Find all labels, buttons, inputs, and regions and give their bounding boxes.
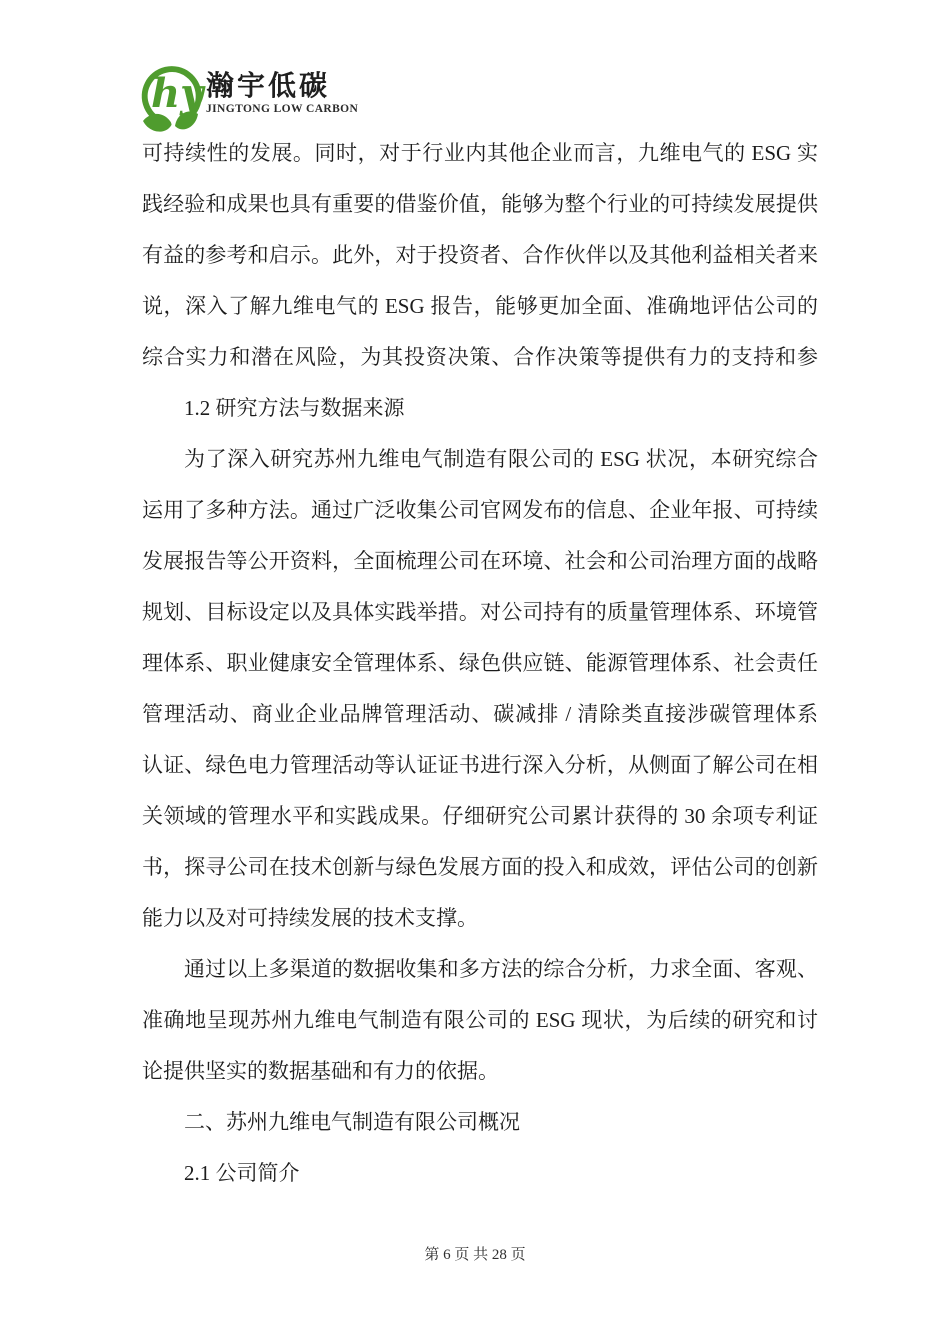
paragraph-line: 通过以上多渠道的数据收集和多方法的综合分析，力求全面、客观、 — [142, 944, 818, 995]
paragraph-line: 能力以及对可持续发展的技术支撑。 — [142, 893, 818, 944]
paragraph-line: 为了深入研究苏州九维电气制造有限公司的 ESG 状况，本研究综合 — [142, 434, 818, 485]
paragraph-line: 践经验和成果也具有重要的借鉴价值，能够为整个行业的可持续发展提供 — [142, 179, 818, 230]
paragraph-line: 论提供坚实的数据基础和有力的依据。 — [142, 1046, 818, 1097]
paragraph-line: 关领域的管理水平和实践成果。仔细研究公司累计获得的 30 余项专利证 — [142, 791, 818, 842]
heading-2: 二、苏州九维电气制造有限公司概况 — [142, 1097, 818, 1148]
paragraph-line: 规划、目标设定以及具体实践举措。对公司持有的质量管理体系、环境管 — [142, 587, 818, 638]
paragraph-line: 有益的参考和启示。此外，对于投资者、合作伙伴以及其他利益相关者来 — [142, 230, 818, 281]
heading-2-1: 2.1 公司简介 — [142, 1148, 818, 1199]
document-body: 可持续性的发展。同时，对于行业内其他企业而言，九维电气的 ESG 实 践经验和成… — [0, 128, 950, 1199]
logo-icon: hy — [138, 58, 208, 136]
brand-name-en: JINGTONG LOW CARBON — [206, 104, 358, 116]
page-number: 第 6 页 共 28 页 — [424, 1247, 525, 1263]
paragraph-line: 认证、绿色电力管理活动等认证证书进行深入分析，从侧面了解公司在相 — [142, 740, 818, 791]
brand-name-cn: 瀚宇低碳 — [206, 72, 358, 100]
brand-logo: hy 瀚宇低碳 JINGTONG LOW CARBON — [138, 58, 950, 136]
page-footer: 第 6 页 共 28 页 — [0, 1244, 950, 1266]
paragraph-line: 说，深入了解九维电气的 ESG 报告，能够更加全面、准确地评估公司的 — [142, 281, 818, 332]
paragraph-line: 运用了多种方法。通过广泛收集公司官网发布的信息、企业年报、可持续 — [142, 485, 818, 536]
brand-text-block: 瀚宇低碳 JINGTONG LOW CARBON — [206, 58, 358, 116]
paragraph-line: 准确地呈现苏州九维电气制造有限公司的 ESG 现状，为后续的研究和讨 — [142, 995, 818, 1046]
heading-1-2: 1.2 研究方法与数据来源 — [142, 383, 818, 434]
paragraph-line: 可持续性的发展。同时，对于行业内其他企业而言，九维电气的 ESG 实 — [142, 128, 818, 179]
document-page: hy 瀚宇低碳 JINGTONG LOW CARBON 可持续性的发展。同时，对… — [0, 0, 950, 1343]
logo-monogram: hy — [151, 70, 206, 117]
paragraph-line: 理体系、职业健康安全管理体系、绿色供应链、能源管理体系、社会责任 — [142, 638, 818, 689]
paragraph-line: 管理活动、商业企业品牌管理活动、碳减排 / 清除类直接涉碳管理体系 — [142, 689, 818, 740]
paragraph-line: 书，探寻公司在技术创新与绿色发展方面的投入和成效，评估公司的创新 — [142, 842, 818, 893]
paragraph-line: 综合实力和潜在风险，为其投资决策、合作决策等提供有力的支持和参考。 — [142, 332, 818, 383]
paragraph-line: 发展报告等公开资料，全面梳理公司在环境、社会和公司治理方面的战略 — [142, 536, 818, 587]
